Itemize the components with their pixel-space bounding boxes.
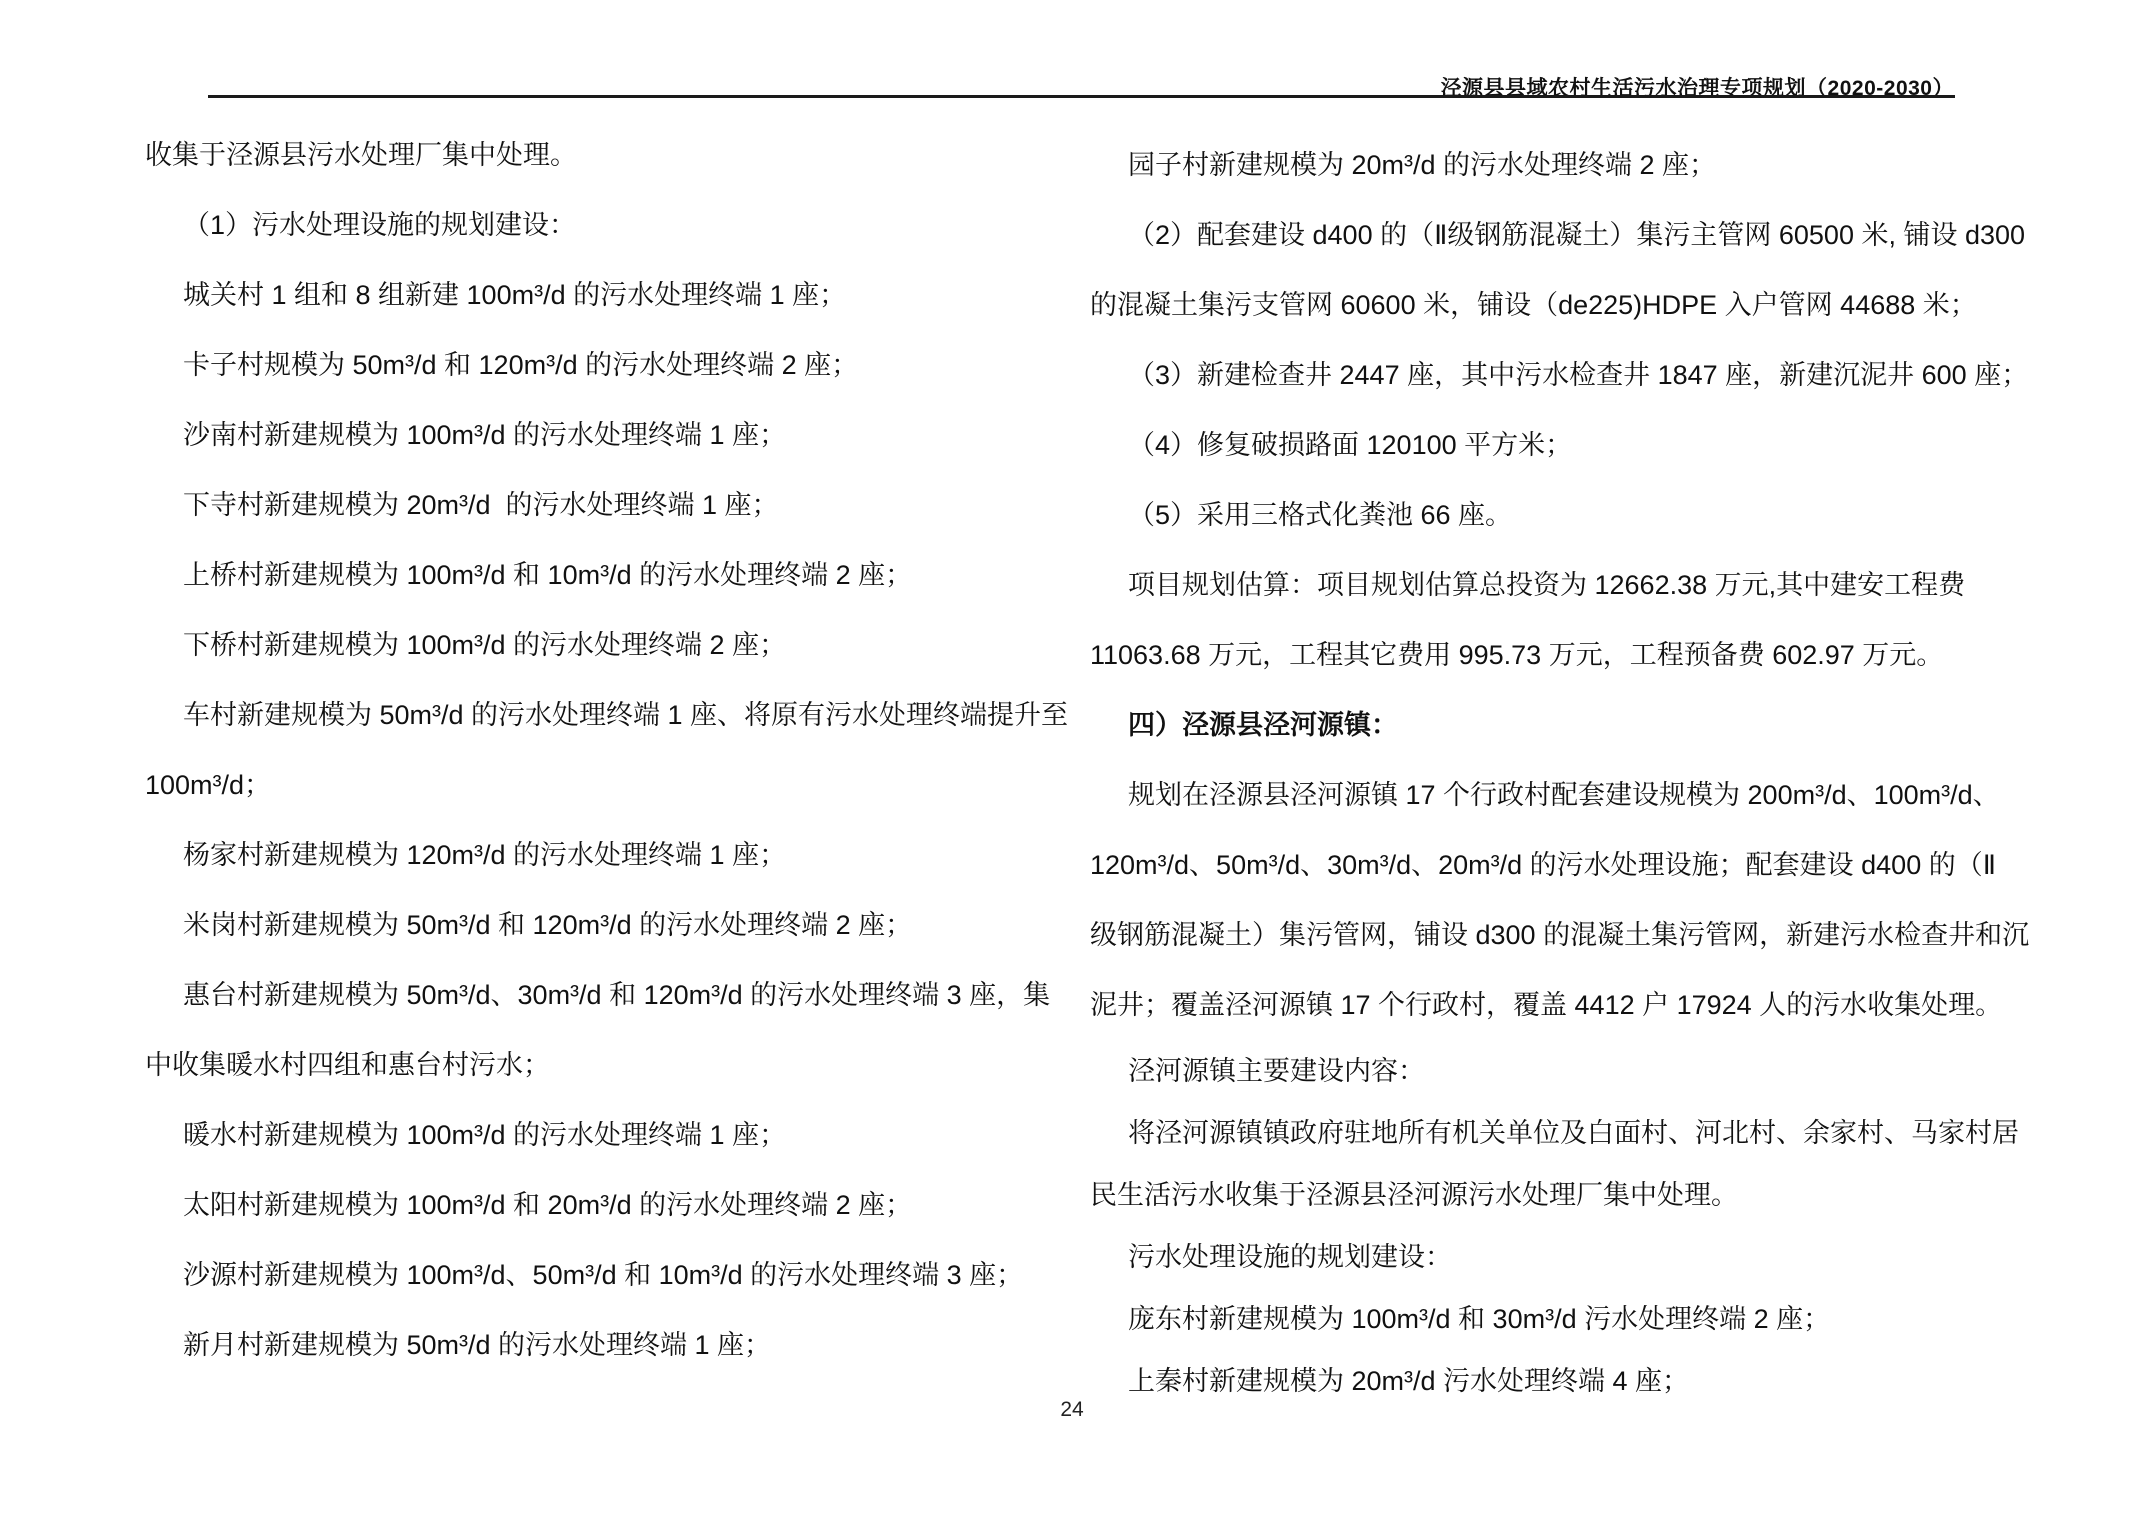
text-line: （1）污水处理设施的规划建设： (145, 190, 1085, 260)
text-line: 沙南村新建规模为 100m³/d 的污水处理终端 1 座； (145, 400, 1085, 470)
text-line: 规划在泾源县泾河源镇 17 个行政村配套建设规模为 200m³/d、100m³/… (1090, 760, 2050, 830)
text-line: 污水处理设施的规划建设： (1090, 1226, 2050, 1288)
text-line: 米岗村新建规模为 50m³/d 和 120m³/d 的污水处理终端 2 座； (145, 890, 1085, 960)
text-line: （2）配套建设 d400 的（Ⅱ级钢筋混凝土）集污主管网 60500 米, 铺设… (1090, 200, 2050, 270)
text-line: 下寺村新建规模为 20m³/d 的污水处理终端 1 座； (145, 470, 1085, 540)
text-line: 四）泾源县泾河源镇： (1090, 690, 2050, 760)
text-line: 中收集暖水村四组和惠台村污水； (145, 1030, 1085, 1100)
text-line: 新月村新建规模为 50m³/d 的污水处理终端 1 座； (145, 1310, 1085, 1380)
text-line: 100m³/d； (145, 750, 1085, 820)
text-line: 卡子村规模为 50m³/d 和 120m³/d 的污水处理终端 2 座； (145, 330, 1085, 400)
text-line: 120m³/d、50m³/d、30m³/d、20m³/d 的污水处理设施；配套建… (1090, 830, 2050, 900)
text-line: 沙源村新建规模为 100m³/d、50m³/d 和 10m³/d 的污水处理终端… (145, 1240, 1085, 1310)
text-line: 级钢筋混凝土）集污管网，铺设 d300 的混凝土集污管网，新建污水检查井和沉 (1090, 900, 2050, 970)
right-column: 园子村新建规模为 20m³/d 的污水处理终端 2 座；（2）配套建设 d400… (1090, 130, 2050, 1412)
text-line: 民生活污水收集于泾源县泾河源污水处理厂集中处理。 (1090, 1164, 2050, 1226)
text-line: （5）采用三格式化粪池 66 座。 (1090, 480, 2050, 550)
text-line: 的混凝土集污支管网 60600 米，铺设（de225)HDPE 入户管网 446… (1090, 270, 2050, 340)
header-rule (208, 95, 1955, 98)
text-line: 项目规划估算：项目规划估算总投资为 12662.38 万元,其中建安工程费 (1090, 550, 2050, 620)
document-page: 泾源县县域农村生活污水治理专项规划（2020-2030） 收集于泾源县污水处理厂… (0, 0, 2144, 1515)
left-column: 收集于泾源县污水处理厂集中处理。（1）污水处理设施的规划建设：城关村 1 组和 … (145, 120, 1085, 1380)
text-line: 上桥村新建规模为 100m³/d 和 10m³/d 的污水处理终端 2 座； (145, 540, 1085, 610)
text-line: 太阳村新建规模为 100m³/d 和 20m³/d 的污水处理终端 2 座； (145, 1170, 1085, 1240)
text-line: 杨家村新建规模为 120m³/d 的污水处理终端 1 座； (145, 820, 1085, 890)
text-line: 园子村新建规模为 20m³/d 的污水处理终端 2 座； (1090, 130, 2050, 200)
text-line: 11063.68 万元，工程其它费用 995.73 万元，工程预备费 602.9… (1090, 620, 2050, 690)
text-line: 将泾河源镇镇政府驻地所有机关单位及白面村、河北村、余家村、马家村居 (1090, 1102, 2050, 1164)
text-line: 惠台村新建规模为 50m³/d、30m³/d 和 120m³/d 的污水处理终端… (145, 960, 1085, 1030)
text-line: （4）修复破损路面 120100 平方米； (1090, 410, 2050, 480)
text-line: 泾河源镇主要建设内容： (1090, 1040, 2050, 1102)
text-line: 城关村 1 组和 8 组新建 100m³/d 的污水处理终端 1 座； (145, 260, 1085, 330)
text-line: 暖水村新建规模为 100m³/d 的污水处理终端 1 座； (145, 1100, 1085, 1170)
text-line: （3）新建检查井 2447 座，其中污水检查井 1847 座，新建沉泥井 600… (1090, 340, 2050, 410)
text-line: 车村新建规模为 50m³/d 的污水处理终端 1 座、将原有污水处理终端提升至 (145, 680, 1085, 750)
page-number: 24 (0, 1398, 2144, 1422)
text-line: 收集于泾源县污水处理厂集中处理。 (145, 120, 1085, 190)
text-line: 庞东村新建规模为 100m³/d 和 30m³/d 污水处理终端 2 座； (1090, 1288, 2050, 1350)
text-line: 下桥村新建规模为 100m³/d 的污水处理终端 2 座； (145, 610, 1085, 680)
text-line: 泥井；覆盖泾河源镇 17 个行政村，覆盖 4412 户 17924 人的污水收集… (1090, 970, 2050, 1040)
